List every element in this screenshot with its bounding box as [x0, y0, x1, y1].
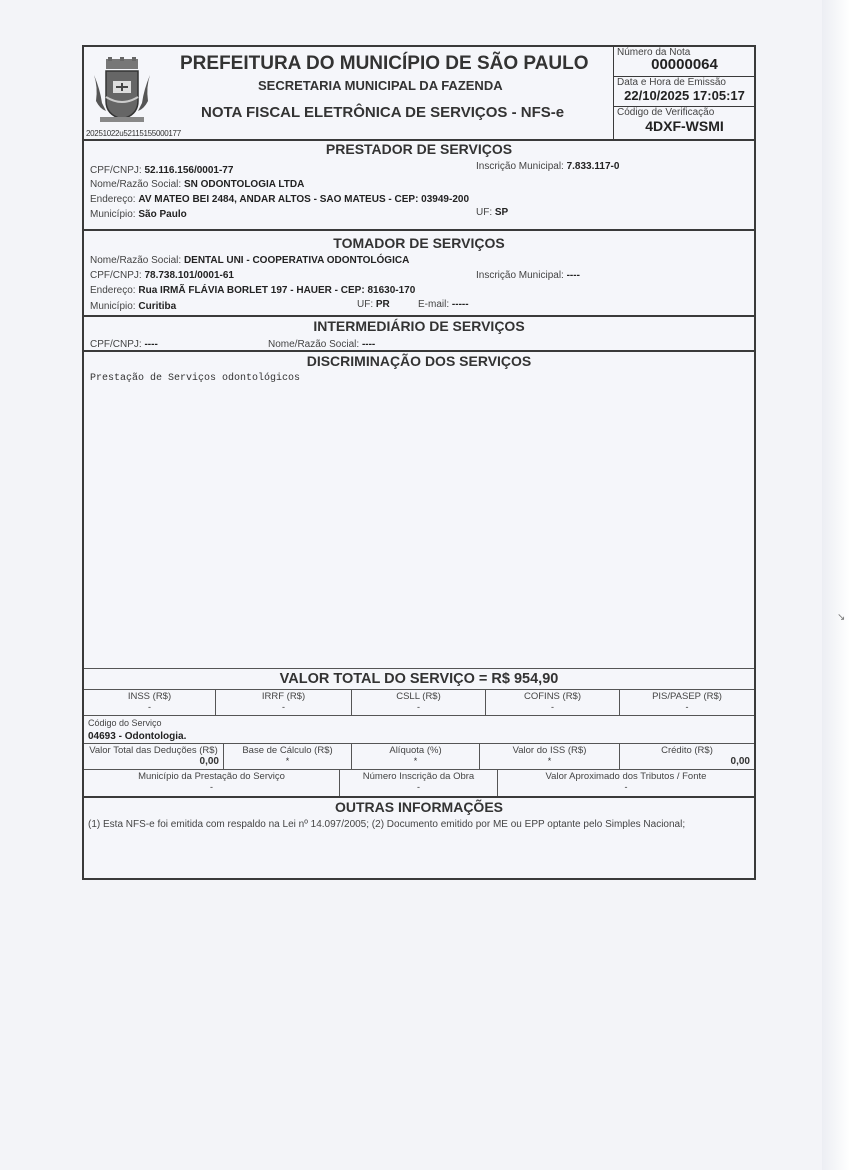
calc-4: Crédito (R$)0,00	[620, 744, 754, 769]
note-number-value: 00000064	[614, 56, 755, 73]
customer-address: Endereço: Rua IRMÃ FLÁVIA BORLET 197 - H…	[90, 285, 415, 296]
service-code-value: 04693 - Odontologia.	[88, 731, 186, 742]
provider-section-title: PRESTADOR DE SERVIÇOS	[84, 141, 754, 157]
divider	[84, 796, 754, 798]
extra-value: -	[340, 782, 497, 792]
extra-label: Número Inscrição da Obra	[340, 770, 497, 782]
provider-section: PRESTADOR DE SERVIÇOS	[84, 141, 754, 157]
provider-address: Endereço: AV MATEO BEI 2484, ANDAR ALTOS…	[90, 194, 469, 205]
intermediary-section: INTERMEDIÁRIO DE SERVIÇOS	[84, 318, 754, 334]
customer-municipal-registration: Inscrição Municipal: ----	[476, 270, 580, 281]
page-edge	[822, 0, 850, 1170]
divider	[84, 668, 754, 669]
customer-city: Município: Curitiba	[90, 301, 176, 312]
intermediary-cnpj: CPF/CNPJ: ----	[90, 339, 158, 350]
tax-label: IRRF (R$)	[216, 690, 351, 702]
tax-value: -	[486, 702, 619, 712]
calc-0: Valor Total das Deduções (R$)0,00	[84, 744, 224, 769]
verification-code-string: 20251022u52115155000177	[86, 129, 181, 138]
customer-state: UF: PR	[357, 299, 390, 310]
verification-code-value: 4DXF-WSMI	[614, 118, 755, 134]
calc-value: 0,00	[84, 756, 223, 767]
nfse-document: 20251022u52115155000177 PREFEITURA DO MU…	[82, 45, 756, 880]
services-description-title: DISCRIMINAÇÃO DOS SERVIÇOS	[84, 353, 754, 369]
provider-name: Nome/Razão Social: SN ODONTOLOGIA LTDA	[90, 179, 304, 190]
tax-3: COFINS (R$)-	[486, 690, 620, 715]
intermediary-name: Nome/Razão Social: ----	[268, 339, 375, 350]
extra-value: -	[498, 782, 754, 792]
issue-date-cell: Data e Hora de Emissão 22/10/2025 17:05:…	[614, 77, 755, 107]
provider-cnpj: CPF/CNPJ: 52.116.156/0001-77	[90, 165, 233, 176]
calc-value: *	[480, 756, 619, 766]
intermediary-section-title: INTERMEDIÁRIO DE SERVIÇOS	[84, 318, 754, 334]
divider	[84, 315, 754, 317]
other-info-text: (1) Esta NFS-e foi emitida com respaldo …	[88, 819, 728, 830]
tax-4: PIS/PASEP (R$)-	[620, 690, 754, 715]
document-header: 20251022u52115155000177 PREFEITURA DO MU…	[84, 47, 614, 141]
tax-label: CSLL (R$)	[352, 690, 485, 702]
total-value-section: VALOR TOTAL DO SERVIÇO = R$ 954,90	[84, 671, 754, 687]
tax-value: -	[84, 702, 215, 712]
tax-value: -	[352, 702, 485, 712]
calc-label: Crédito (R$)	[620, 744, 754, 756]
tax-2: CSLL (R$)-	[352, 690, 486, 715]
tax-label: COFINS (R$)	[486, 690, 619, 702]
services-description-section: DISCRIMINAÇÃO DOS SERVIÇOS	[84, 353, 754, 369]
total-service-value: VALOR TOTAL DO SERVIÇO = R$ 954,90	[84, 671, 754, 687]
customer-section-title: TOMADOR DE SERVIÇOS	[84, 235, 754, 251]
municipality-title: PREFEITURA DO MUNICÍPIO DE SÃO PAULO	[180, 53, 589, 75]
verification-code-label: Código de Verificação	[614, 107, 755, 118]
scan-artifact: ↘	[837, 612, 845, 623]
extra-value: -	[84, 782, 339, 792]
customer-name: Nome/Razão Social: DENTAL UNI - COOPERAT…	[90, 255, 409, 266]
provider-state: UF: SP	[476, 207, 508, 218]
calc-label: Valor Total das Deduções (R$)	[84, 744, 223, 756]
issue-date-label: Data e Hora de Emissão	[614, 77, 755, 88]
provider-city: Município: São Paulo	[90, 209, 187, 220]
extra-0: Município da Prestação do Serviço-	[84, 770, 340, 796]
customer-email: E-mail: -----	[418, 299, 469, 310]
divider	[84, 350, 754, 352]
other-info-section: OUTRAS INFORMAÇÕES	[84, 799, 754, 815]
document-type-title: NOTA FISCAL ELETRÔNICA DE SERVIÇOS - NFS…	[201, 104, 564, 121]
calc-1: Base de Cálculo (R$)*	[224, 744, 352, 769]
note-number-cell: Número da Nota 00000064	[614, 47, 755, 77]
tax-label: INSS (R$)	[84, 690, 215, 702]
verification-code-cell: Código de Verificação 4DXF-WSMI	[614, 107, 755, 137]
divider	[84, 229, 754, 231]
calc-3: Valor do ISS (R$)*	[480, 744, 620, 769]
extra-2: Valor Aproximado dos Tributos / Fonte-	[498, 770, 754, 796]
issue-date-value: 22/10/2025 17:05:17	[614, 88, 755, 103]
city-coat-of-arms-icon	[92, 57, 152, 125]
divider	[84, 715, 754, 716]
customer-cnpj: CPF/CNPJ: 78.738.101/0001-61	[90, 270, 234, 281]
services-description-text: Prestação de Serviços odontológicos	[90, 373, 300, 384]
other-info-title: OUTRAS INFORMAÇÕES	[84, 799, 754, 815]
calc-value: 0,00	[620, 756, 754, 767]
provider-municipal-registration: Inscrição Municipal: 7.833.117-0	[476, 161, 619, 172]
calc-label: Valor do ISS (R$)	[480, 744, 619, 756]
extra-label: Município da Prestação do Serviço	[84, 770, 339, 782]
tax-value: -	[216, 702, 351, 712]
tax-value: -	[620, 702, 754, 712]
extra-label: Valor Aproximado dos Tributos / Fonte	[498, 770, 754, 782]
calc-value: *	[352, 756, 479, 766]
calc-label: Base de Cálculo (R$)	[224, 744, 351, 756]
note-info-panel: Número da Nota 00000064 Data e Hora de E…	[613, 47, 755, 141]
tax-1: IRRF (R$)-	[216, 690, 352, 715]
calc-label: Alíquota (%)	[352, 744, 479, 756]
extra-1: Número Inscrição da Obra-	[340, 770, 498, 796]
customer-section: TOMADOR DE SERVIÇOS	[84, 235, 754, 251]
calc-2: Alíquota (%)*	[352, 744, 480, 769]
tax-label: PIS/PASEP (R$)	[620, 690, 754, 702]
secretariat-title: SECRETARIA MUNICIPAL DA FAZENDA	[258, 78, 503, 93]
tax-0: INSS (R$)-	[84, 690, 216, 715]
calc-value: *	[224, 756, 351, 766]
service-code-label: Código do Serviço	[88, 718, 162, 728]
